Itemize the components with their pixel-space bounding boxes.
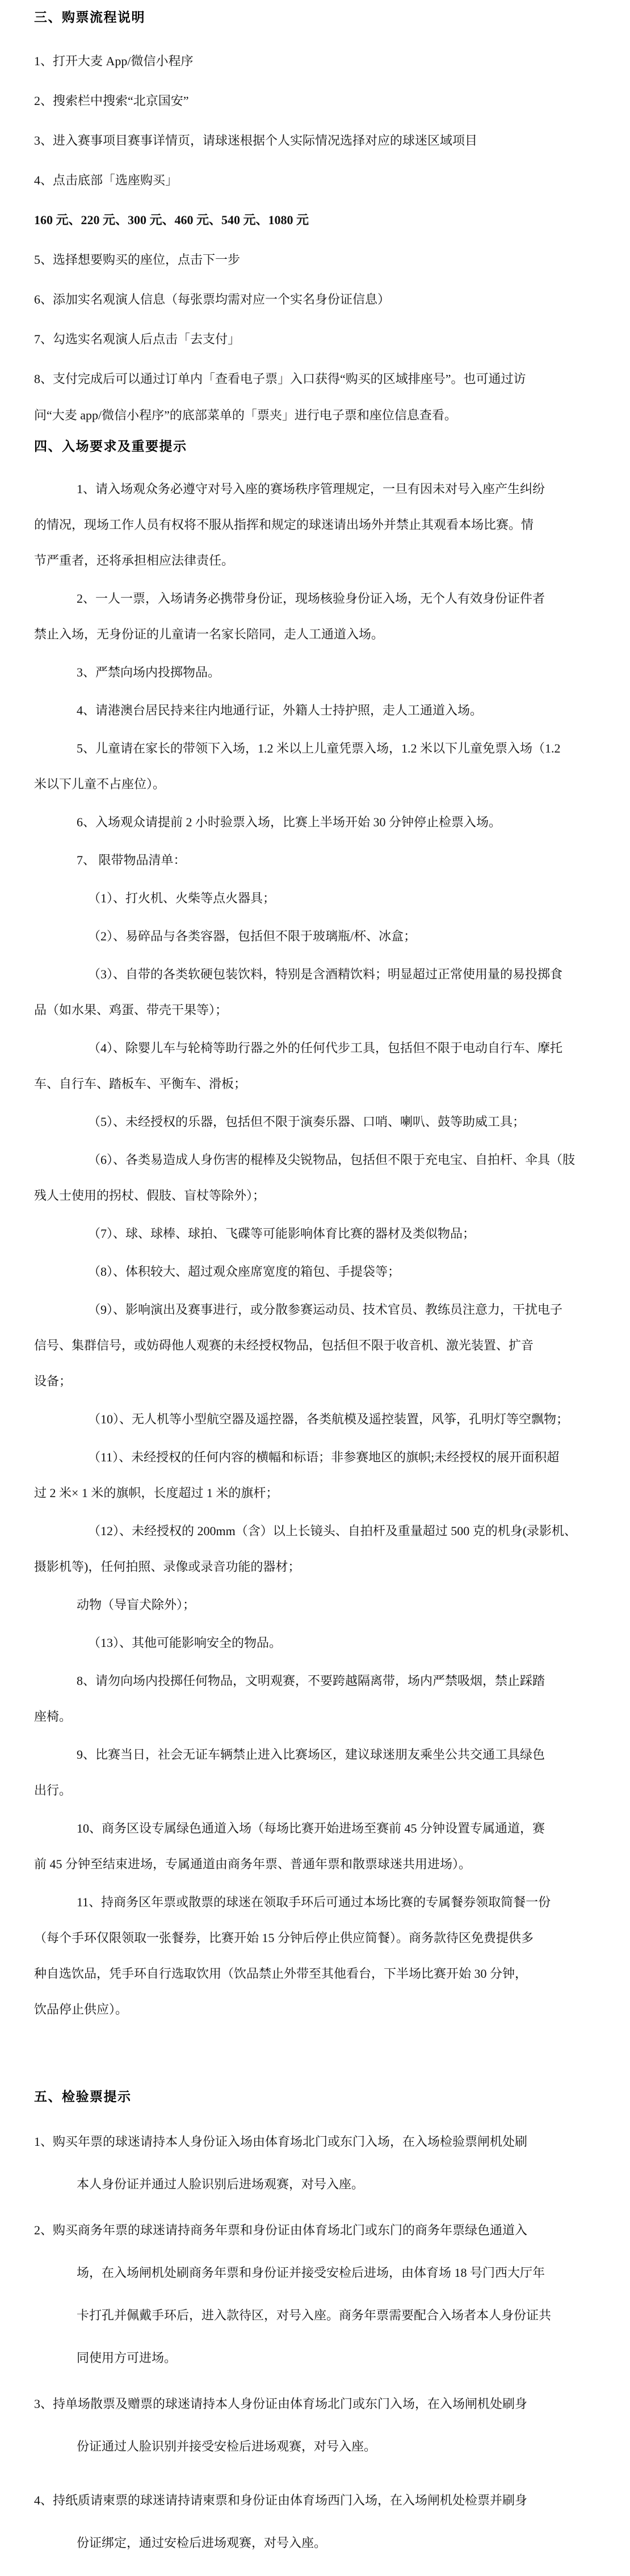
document-paragraph: （1）、打火机、火柴等点火器具； <box>34 880 606 916</box>
document-paragraph: 7、勾选实名观演人后点击「去支付」 <box>34 321 606 358</box>
document-paragraph: （2）、易碎品与各类容器，包括但不限于玻璃瓶/杯、冰盒； <box>34 918 606 954</box>
document-paragraph: （13）、其他可能影响安全的物品。 <box>34 1625 606 1661</box>
section-ticket-inspection-tips: 五、检验票提示1、购买年票的球迷请持本人身份证入场由体育场北门或东门入场，在入场… <box>34 2087 606 2564</box>
document-paragraph: 2、一人一票，入场请务必携带身份证，现场核验身份证入场，无个人有效身份证件者禁止… <box>34 581 606 652</box>
document-paragraph: （7）、球、球棒、球拍、飞碟等可能影响体育比赛的器材及类似物品； <box>34 1216 606 1251</box>
document-paragraph: 1、购买年票的球迷请持本人身份证入场由体育场北门或东门入场，在入场检验票闸机处刷… <box>34 2120 606 2205</box>
document-paragraph: 动物（导盲犬除外）； <box>34 1587 606 1623</box>
document-paragraph: 8、请勿向场内投掷任何物品，文明观赛，不要跨越隔离带，场内严禁吸烟，禁止踩踏座椅… <box>34 1663 606 1734</box>
document-page: 三、购票流程说明1、打开大麦 App/微信小程序2、搜索栏中搜索“北京国安”3、… <box>0 0 630 2576</box>
section-heading: 五、检验票提示 <box>34 2087 606 2106</box>
document-paragraph: 2、购买商务年票的球迷请持商务年票和身份证由体育场北门或东门的商务年票绿色通道入… <box>34 2209 606 2379</box>
section-ticket-purchase-process: 三、购票流程说明1、打开大麦 App/微信小程序2、搜索栏中搜索“北京国安”3、… <box>34 8 606 434</box>
document-paragraph: （3）、自带的各类软硬包装饮料，特别是含酒精饮料；明显超过正常使用量的易投掷食品… <box>34 956 606 1028</box>
document-paragraph: （6）、各类易造成人身伤害的棍棒及尖锐物品，包括但不限于充电宝、自拍杆、伞具（肢… <box>34 1142 606 1213</box>
document-paragraph: 3、持单场散票及赠票的球迷请持本人身份证由体育场北门或东门入场，在入场闸机处刷身… <box>34 2382 606 2468</box>
document-paragraph: 10、商务区设专属绿色通道入场（每场比赛开始进场至赛前 45 分钟设置专属通道，… <box>34 1810 606 1882</box>
document-paragraph: 2、搜索栏中搜索“北京国安” <box>34 83 606 119</box>
document-paragraph: 5、儿童请在家长的带领下入场，1.2 米以上儿童凭票入场，1.2 米以下儿童免票… <box>34 730 606 802</box>
document-paragraph: 4、持纸质请柬票的球迷请持请柬票和身份证由体育场西门入场，在入场闸机处检票并刷身… <box>34 2479 606 2564</box>
document-paragraph: （10）、无人机等小型航空器及遥控器，各类航模及遥控装置，风筝，孔明灯等空飘物； <box>34 1401 606 1437</box>
document-paragraph: 1、打开大麦 App/微信小程序 <box>34 43 606 79</box>
document-paragraph: 3、进入赛事项目赛事详情页，请球迷根据个人实际情况选择对应的球迷区域项目 <box>34 123 606 159</box>
document-paragraph: 9、比赛当日，社会无证车辆禁止进入比赛场区，建议球迷朋友乘坐公共交通工具绿色出行… <box>34 1737 606 1808</box>
document-paragraph: 160 元、220 元、300 元、460 元、540 元、1080 元 <box>34 202 606 238</box>
section-heading: 三、购票流程说明 <box>34 8 606 26</box>
document-paragraph: （12）、未经授权的 200mm（含）以上长镜头、自拍杆及重量超过 500 克的… <box>34 1513 606 1585</box>
document-paragraph: 6、入场观众请提前 2 小时验票入场，比赛上半场开始 30 分钟停止检票入场。 <box>34 804 606 840</box>
document-paragraph: 3、严禁向场内投掷物品。 <box>34 654 606 690</box>
section-heading: 四、入场要求及重要提示 <box>34 437 606 455</box>
document-paragraph: 1、请入场观众务必遵守对号入座的赛场秩序管理规定，一旦有因未对号入座产生纠纷的情… <box>34 471 606 578</box>
document-paragraph: （9）、影响演出及赛事进行，或分散参赛运动员、技术官员、教练员注意力，干扰电子信… <box>34 1292 606 1399</box>
document-paragraph: （5）、未经授权的乐器，包括但不限于演奏乐器、口哨、喇叭、鼓等助威工具； <box>34 1104 606 1140</box>
document-paragraph: 4、点击底部「选座购买」 <box>34 162 606 199</box>
document-paragraph: （8）、体积较大、超过观众座席宽度的箱包、手提袋等； <box>34 1254 606 1289</box>
document-paragraph: 4、请港澳台居民持来往内地通行证，外籍人士持护照，走人工通道入场。 <box>34 692 606 728</box>
document-paragraph: 8、支付完成后可以通过订单内「查看电子票」入口获得“购买的区域排座号”。也可通过… <box>34 361 606 434</box>
document-paragraph: （11）、未经授权的任何内容的横幅和标语；非参赛地区的旗帜;未经授权的展开面积超… <box>34 1439 606 1511</box>
document-paragraph: 11、持商务区年票或散票的球迷在领取手环后可通过本场比赛的专属餐券领取简餐一份（… <box>34 1884 606 2027</box>
section-entry-requirements: 四、入场要求及重要提示1、请入场观众务必遵守对号入座的赛场秩序管理规定，一旦有因… <box>34 437 606 2027</box>
document-paragraph: 5、选择想要购买的座位，点击下一步 <box>34 242 606 278</box>
document-paragraph: （4）、除婴儿车与轮椅等助行器之外的任何代步工具，包括但不限于电动自行车、摩托车… <box>34 1030 606 1102</box>
document-paragraph: 7、 限带物品清单： <box>34 842 606 878</box>
document-paragraph: 6、添加实名观演人信息（每张票均需对应一个实名身份证信息） <box>34 281 606 318</box>
